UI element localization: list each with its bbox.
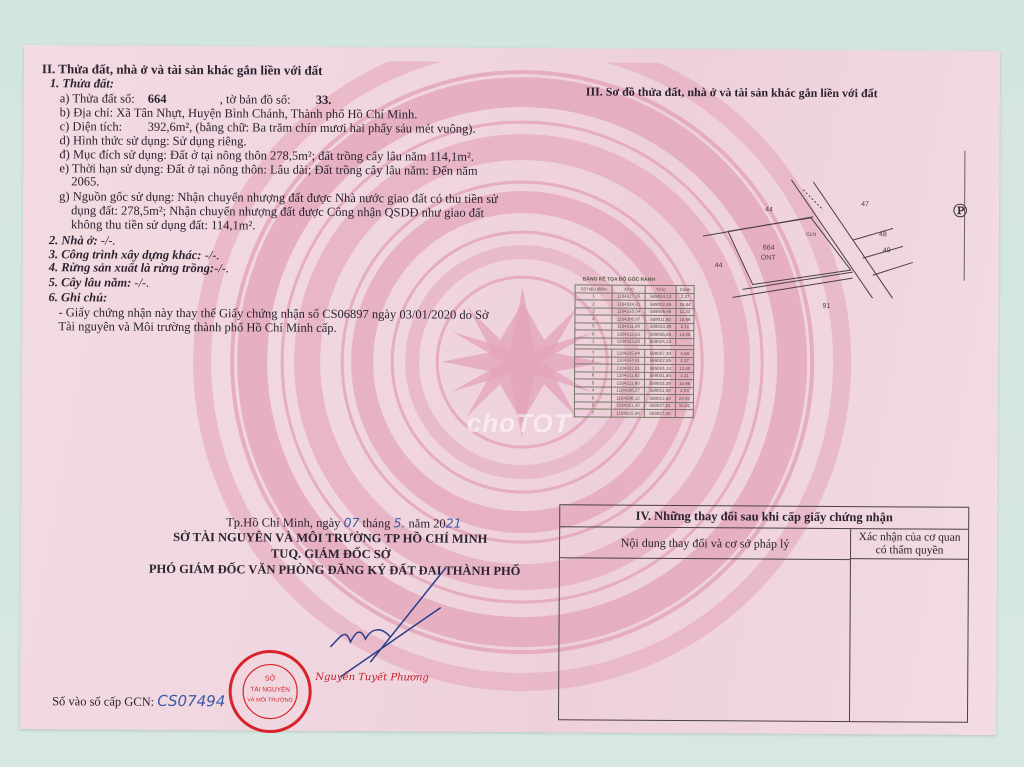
svg-text:48: 48: [879, 231, 887, 238]
svg-text:49: 49: [883, 247, 891, 254]
chotot-watermark: choTOT: [467, 408, 571, 440]
coordinate-row: 71184325,84589027,40: [574, 409, 693, 417]
certificate-page: choTOT II. Thửa đất, nhà ở và tài sản kh…: [20, 45, 1000, 735]
parcel-subheading: 1. Thửa đất:: [50, 76, 114, 91]
origin-line3: không thu tiền sử dụng đất: 114,1m².: [71, 217, 255, 233]
signer-title-1: TUQ. GIÁM ĐỐC SỞ: [271, 547, 391, 563]
changes-content-header: Nội dung thay đổi và cơ sở pháp lý: [560, 527, 850, 560]
issue-month: 5.: [393, 515, 405, 530]
svg-text:ONT: ONT: [761, 255, 777, 262]
usage-term-line2: 2065.: [71, 174, 99, 189]
parcel-number: 664: [148, 92, 167, 107]
gcn-number: CS07494: [157, 692, 225, 710]
notes-label: 6. Ghi chú:: [49, 290, 108, 305]
svg-text:CLN: CLN: [806, 232, 816, 238]
gcn-register: Số vào sổ cấp GCN: CS07494: [52, 693, 225, 710]
signer-name: Nguyễn Tuyết Phương: [315, 672, 429, 684]
issue-day: 07: [344, 515, 360, 530]
svg-text:VÀ MÔI TRƯỜNG: VÀ MÔI TRƯỜNG: [247, 696, 293, 703]
svg-text:47: 47: [861, 201, 869, 208]
note-line2: Tài nguyên và Môi trường thành phố Hồ Ch…: [58, 319, 336, 336]
issue-date: Tp.Hồ Chí Minh, ngày 07 tháng 5. năm 202…: [226, 514, 462, 531]
map-sheet-number: 33.: [316, 93, 332, 108]
usage-term-line1: e) Thời hạn sử dụng: Đất ở tại nông thôn…: [59, 161, 477, 179]
svg-text:664: 664: [763, 245, 775, 252]
section-4-heading: IV. Những thay đổi sau khi cấp giấy chứn…: [560, 505, 968, 529]
svg-text:44: 44: [765, 207, 773, 214]
authority-confirmation-header: Xác nhận của cơ quan có thẩm quyền: [850, 529, 968, 560]
issue-year: 21: [446, 516, 462, 531]
svg-text:44: 44: [715, 262, 723, 269]
column-divider: [849, 559, 851, 721]
changes-table: IV. Những thay đổi sau khi cấp giấy chứn…: [558, 504, 969, 723]
svg-text:91: 91: [822, 303, 830, 310]
parcel-map: 664 ONT 44 44 47 48 49 91 CLN: [702, 179, 933, 320]
issuing-organization: SỞ TÀI NGUYÊN VÀ MÔI TRƯỜNG TP HỒ CHÍ MI…: [173, 530, 487, 547]
planted-forest-label: 4. Rừng sản xuất là rừng trồng:-/-.: [49, 260, 229, 276]
section-3-heading: III. Sơ đồ thửa đất, nhà ở và tài sản kh…: [586, 84, 878, 101]
perennial-trees-label: 5. Cây lâu năm: -/-.: [49, 275, 150, 291]
coordinate-table-title: BẢNG KÊ TỌA ĐỘ GÓC RANH: [583, 276, 655, 282]
coordinate-table: Số hiệu điểm X(m) Y(m) Cạnh 11184327,855…: [574, 284, 695, 417]
handwritten-signature: [270, 567, 451, 688]
